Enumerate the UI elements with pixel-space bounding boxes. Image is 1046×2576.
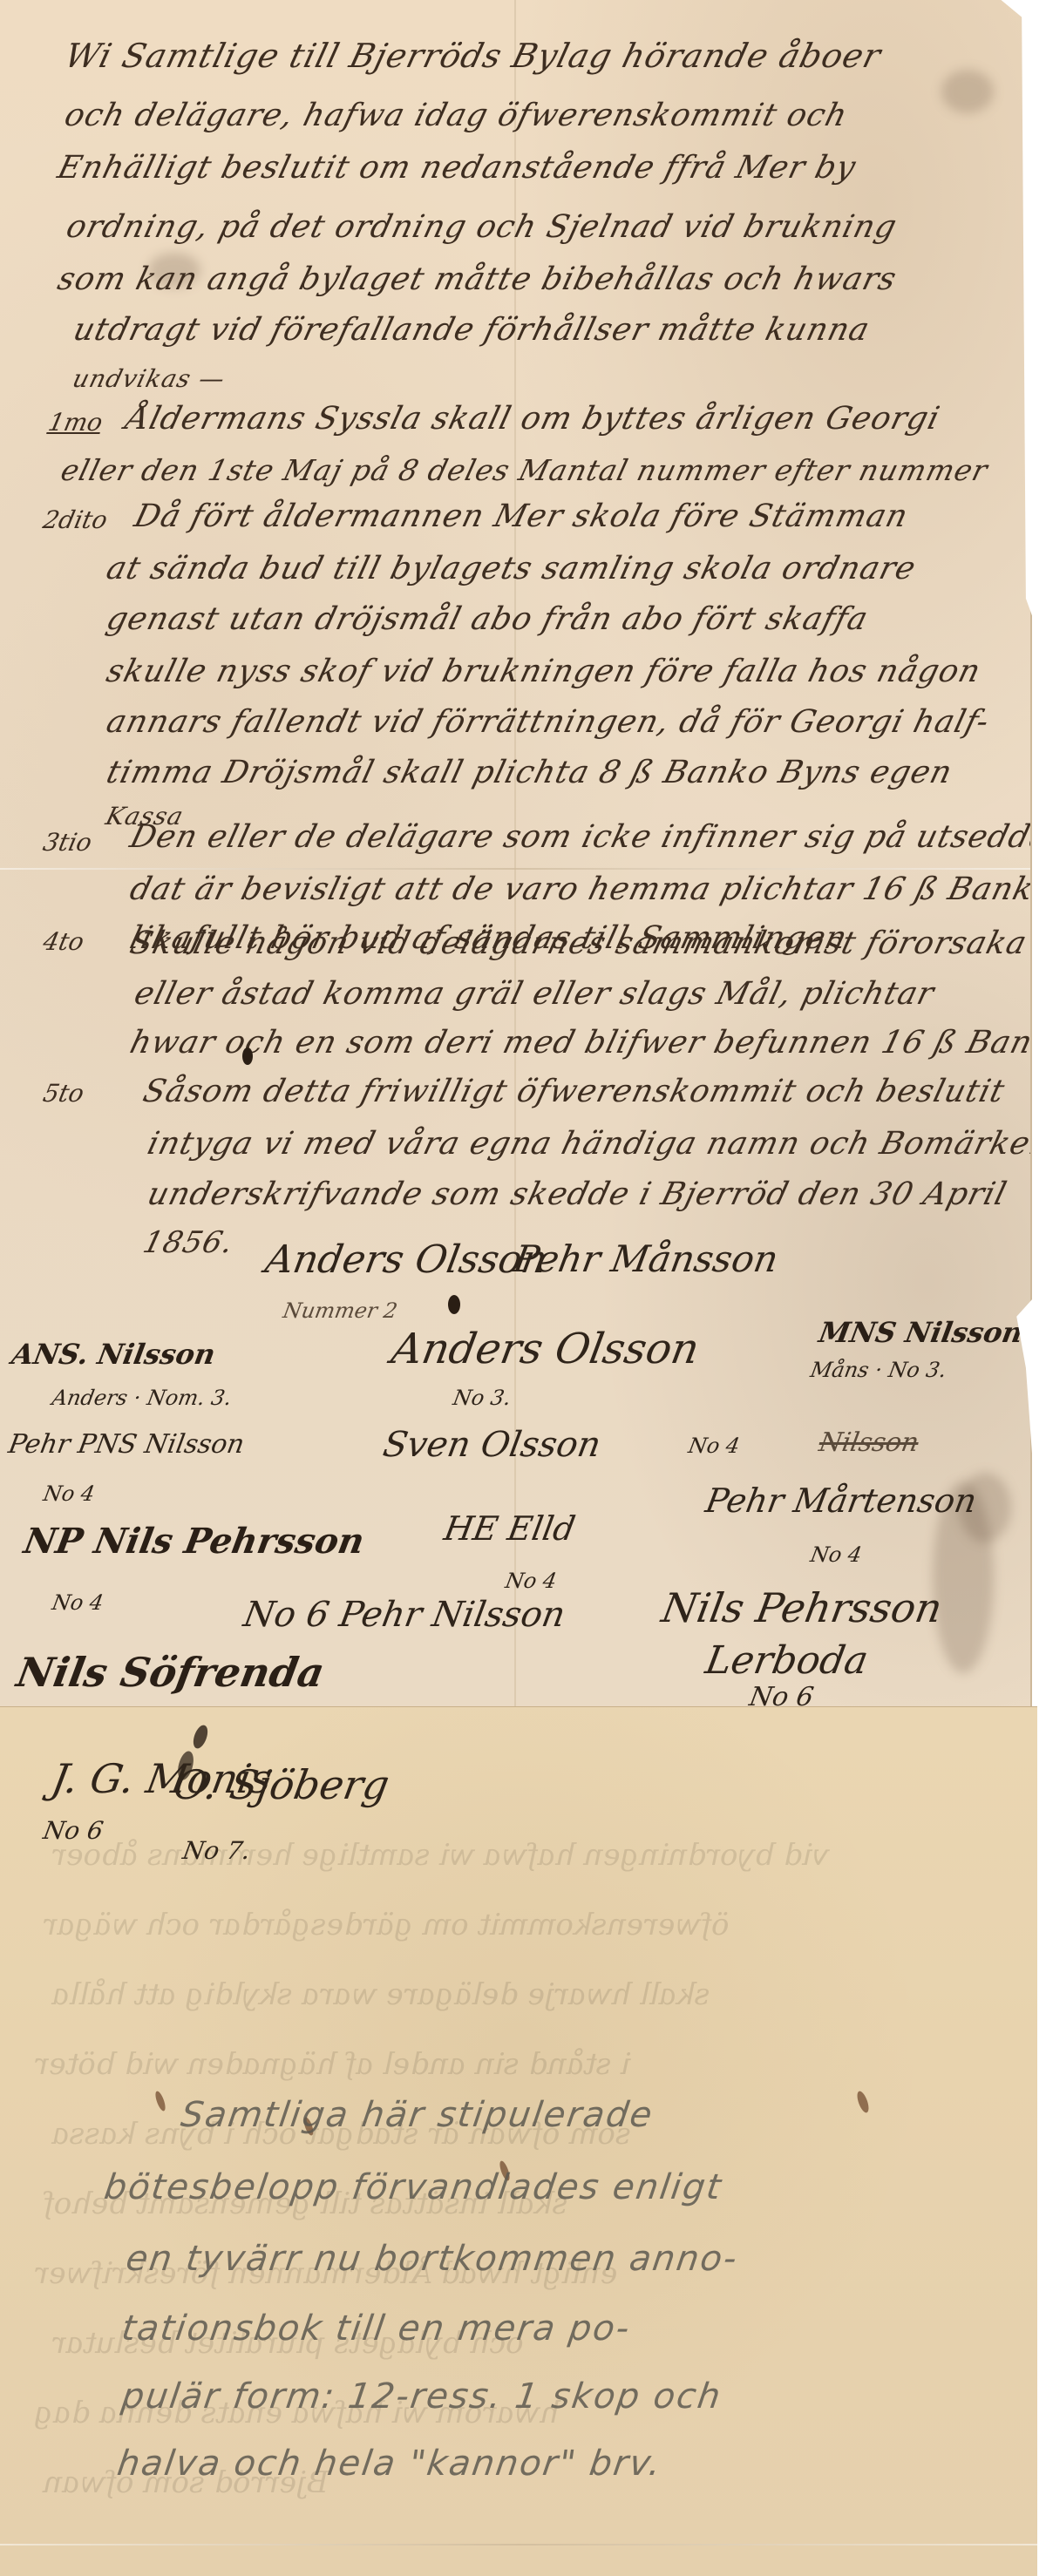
document-sheet-2: vid byordningen hafwa wi samtlige hemman… <box>0 1706 1037 2576</box>
ink-blot <box>448 1295 460 1314</box>
signature-note: No 4 <box>687 1434 742 1458</box>
article-number: 1mo <box>45 408 105 437</box>
signature: HE Elld <box>441 1509 578 1548</box>
text-line: at sända bud till bylagets samling skola… <box>103 551 920 586</box>
text-line: Då fört åldermannen Mer skola före Stämm… <box>131 498 912 534</box>
signature-mark: MNS Nilsson <box>817 1316 1026 1349</box>
signature-note: No 6 <box>41 1816 105 1845</box>
text-line: Den eller de delägare som icke infinner … <box>126 819 1032 855</box>
paper-stain <box>941 70 994 113</box>
text-line: eller den 1ste Maj på 8 deles Mantal num… <box>58 453 992 487</box>
signature: Pehr Månsson <box>511 1237 782 1280</box>
signature: Pehr PNS Nilsson <box>6 1429 247 1460</box>
signature-note: No 4 <box>51 1590 105 1615</box>
signature: No 6 Pehr Nilsson <box>241 1595 568 1635</box>
signature-note: No 4 <box>42 1481 97 1506</box>
ink-blot <box>191 1723 211 1750</box>
signature: Lerboda <box>703 1638 872 1683</box>
signature: Sven Olsson <box>380 1425 604 1465</box>
signature-note: Måns · No 3. <box>809 1358 948 1382</box>
text-line: undvikas — <box>70 364 228 393</box>
text-line: annars fallendt vid förrättningen, då fö… <box>103 704 993 740</box>
pencil-line: Samtliga här stipulerade <box>179 2095 656 2135</box>
pencil-line: bötesbelopp förvandlades enligt <box>102 2167 725 2207</box>
document-sheet-1: Wi Samtlige till Bjerröds Bylag hörande … <box>0 0 1032 1710</box>
ink-blot <box>242 1047 253 1065</box>
text-line: Enhälligt beslutit om nedanstående ffrå … <box>54 150 859 186</box>
date-year: 1856. <box>139 1225 237 1260</box>
signature-note: Anders · Nom. 3. <box>51 1386 234 1410</box>
signature: O. Sjöberg <box>170 1761 392 1808</box>
text-line: genast utan dröjsmål abo från abo fört s… <box>103 601 872 637</box>
signature: NP Nils Pehrsson <box>21 1521 368 1562</box>
ink-spot <box>855 2090 871 2114</box>
signature-note: No 4 <box>504 1569 559 1593</box>
signature: Anders Olsson <box>262 1237 551 1282</box>
signature-mark: ANS. Nilsson <box>10 1338 218 1371</box>
text-line: hwar och en som deri med blifwer befunne… <box>126 1025 1032 1061</box>
signature-note: No 3. <box>452 1386 513 1410</box>
signature-note: Nummer 2 <box>282 1298 399 1323</box>
article-number: 4to <box>40 927 86 956</box>
text-line: utdragt vid förefallande förhållser mått… <box>70 312 873 348</box>
pencil-line: halva och hela "kannor" brv. <box>115 2444 665 2484</box>
struck-signature: Nilsson <box>817 1427 921 1458</box>
text-line: Wi Samtlige till Bjerröds Bylag hörande … <box>61 37 886 75</box>
ink-spot <box>153 2090 167 2112</box>
text-line: ordning, på det ordning och Sjelnad vid … <box>63 209 900 245</box>
article-number: 3tio <box>40 828 94 857</box>
article-number: 2dito <box>40 505 110 534</box>
text-line: eller åstad komma gräl eller slags Mål, … <box>131 976 938 1012</box>
text-line: Åldermans Syssla skall om byttes årligen… <box>122 401 944 437</box>
text-line: Skulle någon vid delägarnes sammankomst … <box>126 925 1031 961</box>
text-line: timma Dröjsmål skall plichta 8 ß Banko B… <box>103 755 956 790</box>
signature-note: No 4 <box>809 1542 864 1567</box>
text-line: underskrifvande som skedde i Bjerröd den… <box>144 1176 1010 1212</box>
text-line: dat är bevisligt att de varo hemma plich… <box>126 871 1032 907</box>
paper-fold-line <box>0 2544 1037 2545</box>
signature: Nils Pehrsson <box>658 1584 946 1631</box>
text-line: intyga vi med våra egna händiga namn och… <box>144 1126 1032 1162</box>
pencil-line: en tyvärr nu bortkommen anno- <box>124 2239 741 2279</box>
text-line: skulle nyss skof vid brukningen före fal… <box>103 654 985 689</box>
signature: Pehr Mårtenson <box>703 1481 980 1520</box>
text-line: och delägare, hafwa idag öfwerenskommit … <box>61 98 852 133</box>
article-number: 5to <box>40 1079 86 1108</box>
text-line: Såsom detta friwilligt öfwerenskommit oc… <box>139 1074 1009 1109</box>
signature: Anders Olsson <box>388 1325 703 1373</box>
text-line: som kan angå bylaget måtte bibehållas oc… <box>54 261 900 297</box>
signature: Nils Söfrenda <box>13 1649 328 1696</box>
pencil-line: pulär form: 12-ress. 1 skop och <box>119 2376 724 2417</box>
signature-note: No 7. <box>180 1836 253 1865</box>
pencil-line: tationsbok till en mera po- <box>119 2308 634 2349</box>
